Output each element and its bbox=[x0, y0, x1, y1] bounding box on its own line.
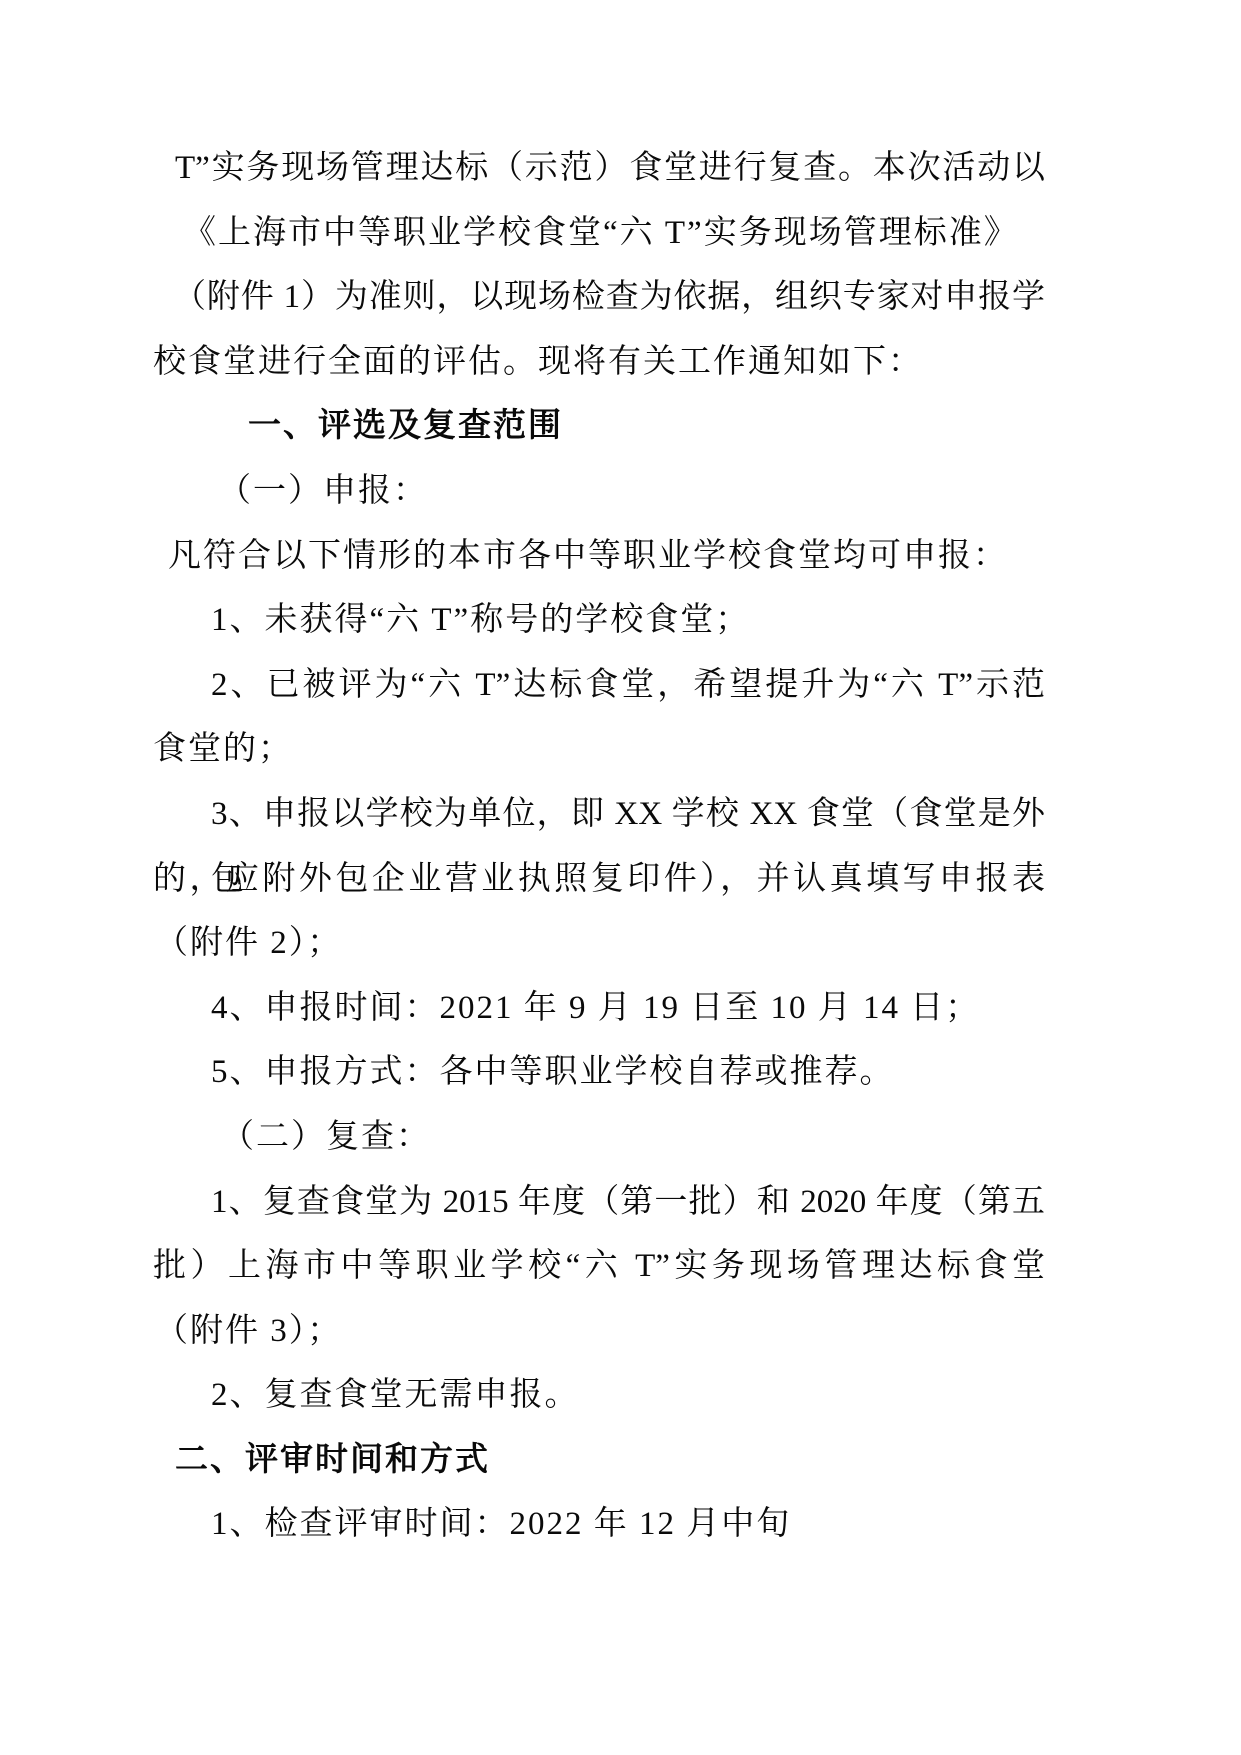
doc-line: 校食堂进行全面的评估。现将有关工作通知如下： bbox=[153, 330, 1045, 395]
doc-line: （一）申报： bbox=[153, 459, 1045, 524]
doc-line: （附件 1）为准则，以现场检查为依据，组织专家对申报学 bbox=[153, 265, 1045, 330]
doc-line: 1、复查食堂为 2015 年度（第一批）和 2020 年度（第五 bbox=[153, 1170, 1045, 1235]
doc-line: 批）上海市中等职业学校“六 T”实务现场管理达标食堂 bbox=[153, 1234, 1045, 1299]
doc-line: 凡符合以下情形的本市各中等职业学校食堂均可申报： bbox=[153, 524, 1045, 589]
doc-line: 《上海市中等职业学校食堂“六 T”实务现场管理标准》 bbox=[153, 201, 1045, 266]
doc-line: （附件 3）； bbox=[153, 1299, 1045, 1364]
doc-line: 3、申报以学校为单位，即 XX 学校 XX 食堂（食堂是外包 bbox=[153, 782, 1045, 847]
document-page: T”实务现场管理达标（示范）食堂进行复查。本次活动以《上海市中等职业学校食堂“六… bbox=[0, 0, 1241, 1755]
doc-line: 5、申报方式：各中等职业学校自荐或推荐。 bbox=[153, 1040, 1045, 1105]
doc-line: 食堂的； bbox=[153, 717, 1045, 782]
doc-line: 2、已被评为“六 T”达标食堂，希望提升为“六 T”示范 bbox=[153, 653, 1045, 718]
doc-line: 2、复查食堂无需申报。 bbox=[153, 1363, 1045, 1428]
doc-line: 二、评审时间和方式 bbox=[153, 1428, 1045, 1493]
doc-line: 4、申报时间：2021 年 9 月 19 日至 10 月 14 日； bbox=[153, 976, 1045, 1041]
doc-line: 的，应附外包企业营业执照复印件），并认真填写申报表 bbox=[153, 847, 1045, 912]
doc-line: 1、未获得“六 T”称号的学校食堂； bbox=[153, 588, 1045, 653]
doc-line: （附件 2）； bbox=[153, 911, 1045, 976]
doc-line: 1、检查评审时间：2022 年 12 月中旬 bbox=[153, 1492, 1045, 1557]
doc-line: （二）复查： bbox=[153, 1105, 1045, 1170]
doc-line: 一、评选及复查范围 bbox=[153, 394, 1045, 459]
doc-line: T”实务现场管理达标（示范）食堂进行复查。本次活动以 bbox=[153, 136, 1045, 201]
document-text-block: T”实务现场管理达标（示范）食堂进行复查。本次活动以《上海市中等职业学校食堂“六… bbox=[153, 136, 1045, 1557]
